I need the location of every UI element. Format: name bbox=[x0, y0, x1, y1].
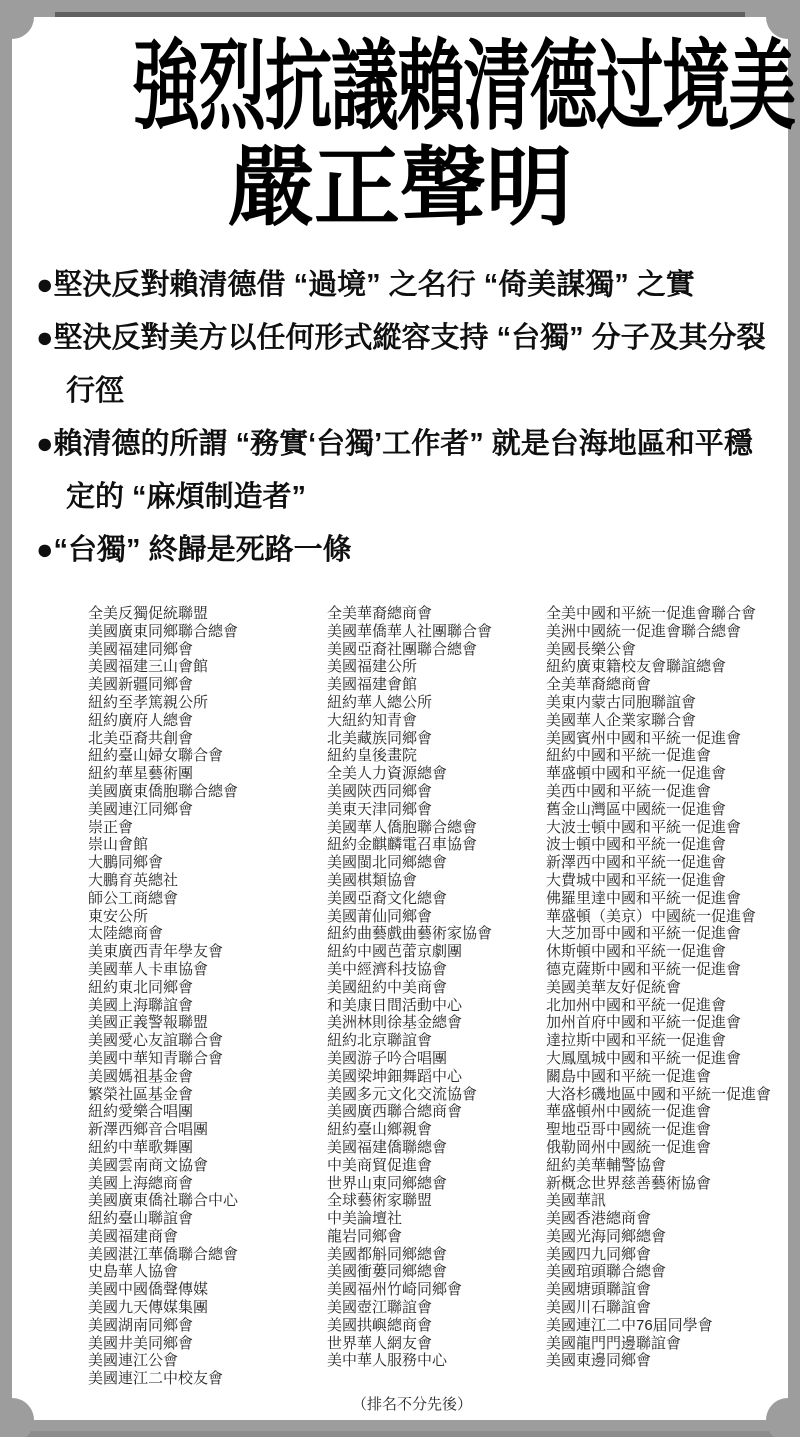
signatory-item: 美國連江公會 bbox=[88, 1352, 238, 1370]
signatory-item: 美國龍門門邊聯誼會 bbox=[546, 1335, 771, 1353]
signatory-item: 美國中華知青聯合會 bbox=[88, 1050, 238, 1068]
statement-bullet: ●“台獨” 終歸是死路一條 bbox=[36, 524, 772, 577]
corner-notch-bottom-right bbox=[766, 1398, 800, 1437]
signatory-item: 新概念世界慈善藝術協會 bbox=[546, 1175, 771, 1193]
corner-notch-bottom-left bbox=[0, 1398, 34, 1437]
signatory-item: 華盛頓中國和平統一促進會 bbox=[546, 765, 771, 783]
signatory-item: 大鳳凰城中國和平統一促進會 bbox=[546, 1050, 771, 1068]
signatory-item: 美國亞裔社團聯合總會 bbox=[327, 641, 492, 659]
signatory-item: 世界山東同鄉總會 bbox=[327, 1175, 492, 1193]
headline-line2: 嚴正聲明 bbox=[12, 145, 788, 231]
signatory-item: 大費城中國和平統一促進會 bbox=[546, 872, 771, 890]
signatory-item: 北加州中國和平統一促進會 bbox=[546, 997, 771, 1015]
signatory-item: 美洲林則徐基金總會 bbox=[327, 1014, 492, 1032]
signatory-item: 美國廣東僑社聯合中心 bbox=[88, 1192, 238, 1210]
signatory-item: 聖地亞哥中國統一促進會 bbox=[546, 1121, 771, 1139]
signatory-item: 美國福建同鄉會 bbox=[88, 641, 238, 659]
signatory-item: 美國紐約中美商會 bbox=[327, 979, 492, 997]
signatory-item: 美國閩北同鄉總會 bbox=[327, 854, 492, 872]
signatory-item: 德克薩斯中國和平統一促進會 bbox=[546, 961, 771, 979]
signatory-item: 美中經濟科技協會 bbox=[327, 961, 492, 979]
signatory-item: 紐約金麒麟電召車協會 bbox=[327, 836, 492, 854]
signatory-item: 美東内蒙古同胞聯誼會 bbox=[546, 694, 771, 712]
signatory-item: 美國連江二中校友會 bbox=[88, 1370, 238, 1388]
signatory-item: 北美亞裔共創會 bbox=[88, 730, 238, 748]
signatory-item: 美國連江二中76届同學會 bbox=[546, 1317, 771, 1335]
signatory-item: 紐約臺山鄉親會 bbox=[327, 1121, 492, 1139]
signatory-item: 和美康日間活動中心 bbox=[327, 997, 492, 1015]
signatory-item: 紐約華人總公所 bbox=[327, 694, 492, 712]
signatory-item: 紐約曲藝戲曲藝術家協會 bbox=[327, 925, 492, 943]
signatory-item: 俄勒岡州中國統一促進會 bbox=[546, 1139, 771, 1157]
signatory-item: 美國梁坤鈿舞蹈中心 bbox=[327, 1068, 492, 1086]
corner-notch-top-left bbox=[0, 0, 34, 39]
signatory-item: 全美人力資源總會 bbox=[327, 765, 492, 783]
signatory-item: 美國美華友好促統會 bbox=[546, 979, 771, 997]
signatory-item: 紐約北京聯誼會 bbox=[327, 1032, 492, 1050]
signatory-item: 美國媽祖基金會 bbox=[88, 1068, 238, 1086]
signatory-item: 新澤西中國和平統一促進會 bbox=[546, 854, 771, 872]
signatory-item: 繁榮社區基金會 bbox=[88, 1086, 238, 1104]
signatory-item: 美國中國僑聲傳媒 bbox=[88, 1281, 238, 1299]
signatory-item: 大波士頓中國和平統一促進會 bbox=[546, 819, 771, 837]
signatory-item: 紐約中華歌舞團 bbox=[88, 1139, 238, 1157]
signatory-item: 崇山會館 bbox=[88, 836, 238, 854]
signatory-item: 美國上海聯誼會 bbox=[88, 997, 238, 1015]
signatory-item: 美國廣東僑胞聯合總會 bbox=[88, 783, 238, 801]
signatory-item: 北美藏族同鄉會 bbox=[327, 730, 492, 748]
signatory-item: 紐約臺山婦女聯合會 bbox=[88, 747, 238, 765]
signatory-item: 美國塘頭聯誼會 bbox=[546, 1281, 771, 1299]
signatory-item: 崇正會 bbox=[88, 819, 238, 837]
signatory-item: 美國東邊同鄉會 bbox=[546, 1352, 771, 1370]
signatory-item: 美國福建商會 bbox=[88, 1228, 238, 1246]
signatory-item: 美國光海同鄉總會 bbox=[546, 1228, 771, 1246]
signatory-item: 世界華人網友會 bbox=[327, 1335, 492, 1353]
signatory-item: 紐約至孝篤親公所 bbox=[88, 694, 238, 712]
signatory-item: 美國井美同鄉會 bbox=[88, 1335, 238, 1353]
signatory-item: 波士頓中國和平統一促進會 bbox=[546, 836, 771, 854]
signatory-item: 美國廣東同鄉聯合總會 bbox=[88, 623, 238, 641]
signatory-item: 紐約臺山聯誼會 bbox=[88, 1210, 238, 1228]
signatory-item: 美國華人卡車協會 bbox=[88, 961, 238, 979]
signatory-item: 華盛頓（美京）中國統一促進會 bbox=[546, 908, 771, 926]
bottom-shade bbox=[0, 1431, 800, 1437]
statement-bullet: ●堅決反對美方以任何形式縱容支持 “台獨” 分子及其分裂行徑 bbox=[36, 312, 772, 418]
signatory-item: 美國湛江華僑聯合總會 bbox=[88, 1246, 238, 1264]
signatory-item: 大洛杉磯地區中國和平統一促進會 bbox=[546, 1086, 771, 1104]
signatory-item: 紐約愛樂合唱團 bbox=[88, 1103, 238, 1121]
signatory-item: 紐約皇後畫院 bbox=[327, 747, 492, 765]
statement-bullets: ●堅決反對賴清德借 “過境” 之名行 “倚美謀獨” 之實●堅決反對美方以任何形式… bbox=[36, 259, 772, 577]
ranking-disclaimer: （排名不分先後） bbox=[302, 1393, 522, 1414]
signatory-item: 美國香港總商會 bbox=[546, 1210, 771, 1228]
signatory-item: 美國川石聯誼會 bbox=[546, 1299, 771, 1317]
signatory-item: 加州首府中國和平統一促進會 bbox=[546, 1014, 771, 1032]
signatory-item: 美國衝蔞同鄉總會 bbox=[327, 1263, 492, 1281]
signatory-item: 佛羅里達中國和平統一促進會 bbox=[546, 890, 771, 908]
signatory-item: 美國多元文化交流協會 bbox=[327, 1086, 492, 1104]
signatory-item: 美國陝西同鄉會 bbox=[327, 783, 492, 801]
signatory-item: 史島華人協會 bbox=[88, 1263, 238, 1281]
signatory-item: 美洲中國統一促進會聯合總會 bbox=[546, 623, 771, 641]
signatory-item: 美國四九同鄉會 bbox=[546, 1246, 771, 1264]
signatory-item: 東安公所 bbox=[88, 908, 238, 926]
signatory-item: 美西中國和平統一促進會 bbox=[546, 783, 771, 801]
signatory-item: 美國賓州中國和平統一促進會 bbox=[546, 730, 771, 748]
signatory-item: 美國福州竹崎同鄉會 bbox=[327, 1281, 492, 1299]
signatory-item: 休斯頓中國和平統一促進會 bbox=[546, 943, 771, 961]
signatory-item: 中美商貿促進會 bbox=[327, 1157, 492, 1175]
signatory-item: 美中華人服務中心 bbox=[327, 1352, 492, 1370]
signatory-item: 美國亞裔文化總會 bbox=[327, 890, 492, 908]
signatory-item: 紐約美華輔警協會 bbox=[546, 1157, 771, 1175]
signatory-item: 美國游子吟合唱團 bbox=[327, 1050, 492, 1068]
signatory-item: 全美華裔總商會 bbox=[327, 605, 492, 623]
signatory-item: 師公工商總會 bbox=[88, 890, 238, 908]
signatory-item: 美國新疆同鄉會 bbox=[88, 676, 238, 694]
signatory-item: 美國壺江聯誼會 bbox=[327, 1299, 492, 1317]
signatory-item: 美國華僑華人社團聯合會 bbox=[327, 623, 492, 641]
signatory-item: 新澤西鄉音合唱團 bbox=[88, 1121, 238, 1139]
headline-line1: 強烈抗議賴清德过境美國 bbox=[132, 37, 667, 137]
statement-panel: 強烈抗議賴清德过境美國 嚴正聲明 ●堅決反對賴清德借 “過境” 之名行 “倚美謀… bbox=[12, 17, 788, 1420]
signatory-item: 大鵬同鄉會 bbox=[88, 854, 238, 872]
signatory-item: 美東廣西青年學友會 bbox=[88, 943, 238, 961]
signatory-item: 美國福建三山會館 bbox=[88, 658, 238, 676]
signatory-item: 紐約華星藝術團 bbox=[88, 765, 238, 783]
signatory-item: 大紐約知青會 bbox=[327, 712, 492, 730]
statement-bullet: ●賴清德的所謂 “務實‘台獨’工作者” 就是台海地區和平穩定的 “麻煩制造者” bbox=[36, 418, 772, 524]
signatory-item: 美國華人僑胞聯合總會 bbox=[327, 819, 492, 837]
signatory-item: 全美華裔總商會 bbox=[546, 676, 771, 694]
signatory-item: 全球藝術家聯盟 bbox=[327, 1192, 492, 1210]
signatory-item: 紐約中國和平統一促進會 bbox=[546, 747, 771, 765]
signatory-item: 美國琯頭聯合總會 bbox=[546, 1263, 771, 1281]
signatory-item: 華盛頓州中國統一促進會 bbox=[546, 1103, 771, 1121]
signatory-item: 美國九天傳媒集團 bbox=[88, 1299, 238, 1317]
signatory-item: 美國華人企業家聯合會 bbox=[546, 712, 771, 730]
signatory-item: 美東天津同鄉會 bbox=[327, 801, 492, 819]
signatory-item: 龍岩同鄉會 bbox=[327, 1228, 492, 1246]
signatory-item: 太陸總商會 bbox=[88, 925, 238, 943]
signatory-column-1: 全美反獨促統聯盟美國廣東同鄉聯合總會美國福建同鄉會美國福建三山會館美國新疆同鄉會… bbox=[88, 605, 238, 1388]
signatory-item: 美國雲南商文協會 bbox=[88, 1157, 238, 1175]
signatory-item: 全美反獨促統聯盟 bbox=[88, 605, 238, 623]
signatory-item: 紐約廣府人總會 bbox=[88, 712, 238, 730]
signatory-item: 舊金山灣區中國統一促進會 bbox=[546, 801, 771, 819]
signatory-item: 美國連江同鄉會 bbox=[88, 801, 238, 819]
signatory-item: 美國福建僑聯總會 bbox=[327, 1139, 492, 1157]
signatory-item: 美國上海總商會 bbox=[88, 1175, 238, 1193]
signatory-item: 美國莆仙同鄉會 bbox=[327, 908, 492, 926]
signatory-column-2: 全美華裔總商會美國華僑華人社團聯合會美國亞裔社團聯合總會美國福建公所美國福建會館… bbox=[327, 605, 492, 1370]
signatory-item: 美國長樂公會 bbox=[546, 641, 771, 659]
signatory-item: 美國湖南同鄉會 bbox=[88, 1317, 238, 1335]
signatory-item: 美國愛心友誼聯合會 bbox=[88, 1032, 238, 1050]
signatory-item: 美國拱嶼總商會 bbox=[327, 1317, 492, 1335]
signatory-item: 中美論壇社 bbox=[327, 1210, 492, 1228]
signatory-item: 關島中國和平統一促進會 bbox=[546, 1068, 771, 1086]
signatory-item: 紐約東北同鄉會 bbox=[88, 979, 238, 997]
signatory-item: 美國廣西聯合總商會 bbox=[327, 1103, 492, 1121]
signatory-item: 大芝加哥中國和平統一促進會 bbox=[546, 925, 771, 943]
signatory-item: 達拉斯中國和平統一促進會 bbox=[546, 1032, 771, 1050]
signatory-item: 紐約中國芭蕾京劇團 bbox=[327, 943, 492, 961]
signatory-item: 全美中國和平統一促進會聯合會 bbox=[546, 605, 771, 623]
signatory-item: 美國福建公所 bbox=[327, 658, 492, 676]
signatory-item: 大鵬育英總社 bbox=[88, 872, 238, 890]
statement-bullet: ●堅決反對賴清德借 “過境” 之名行 “倚美謀獨” 之實 bbox=[36, 259, 772, 312]
signatory-item: 美國都斛同鄉總會 bbox=[327, 1246, 492, 1264]
signatory-item: 美國福建會館 bbox=[327, 676, 492, 694]
signatory-item: 美國華訊 bbox=[546, 1192, 771, 1210]
signatory-item: 紐約廣東籍校友會聯誼總會 bbox=[546, 658, 771, 676]
signatory-item: 美國棋類協會 bbox=[327, 872, 492, 890]
signatory-column-3: 全美中國和平統一促進會聯合會美洲中國統一促進會聯合總會美國長樂公會紐約廣東籍校友… bbox=[546, 605, 771, 1370]
signatory-item: 美國正義警報聯盟 bbox=[88, 1014, 238, 1032]
